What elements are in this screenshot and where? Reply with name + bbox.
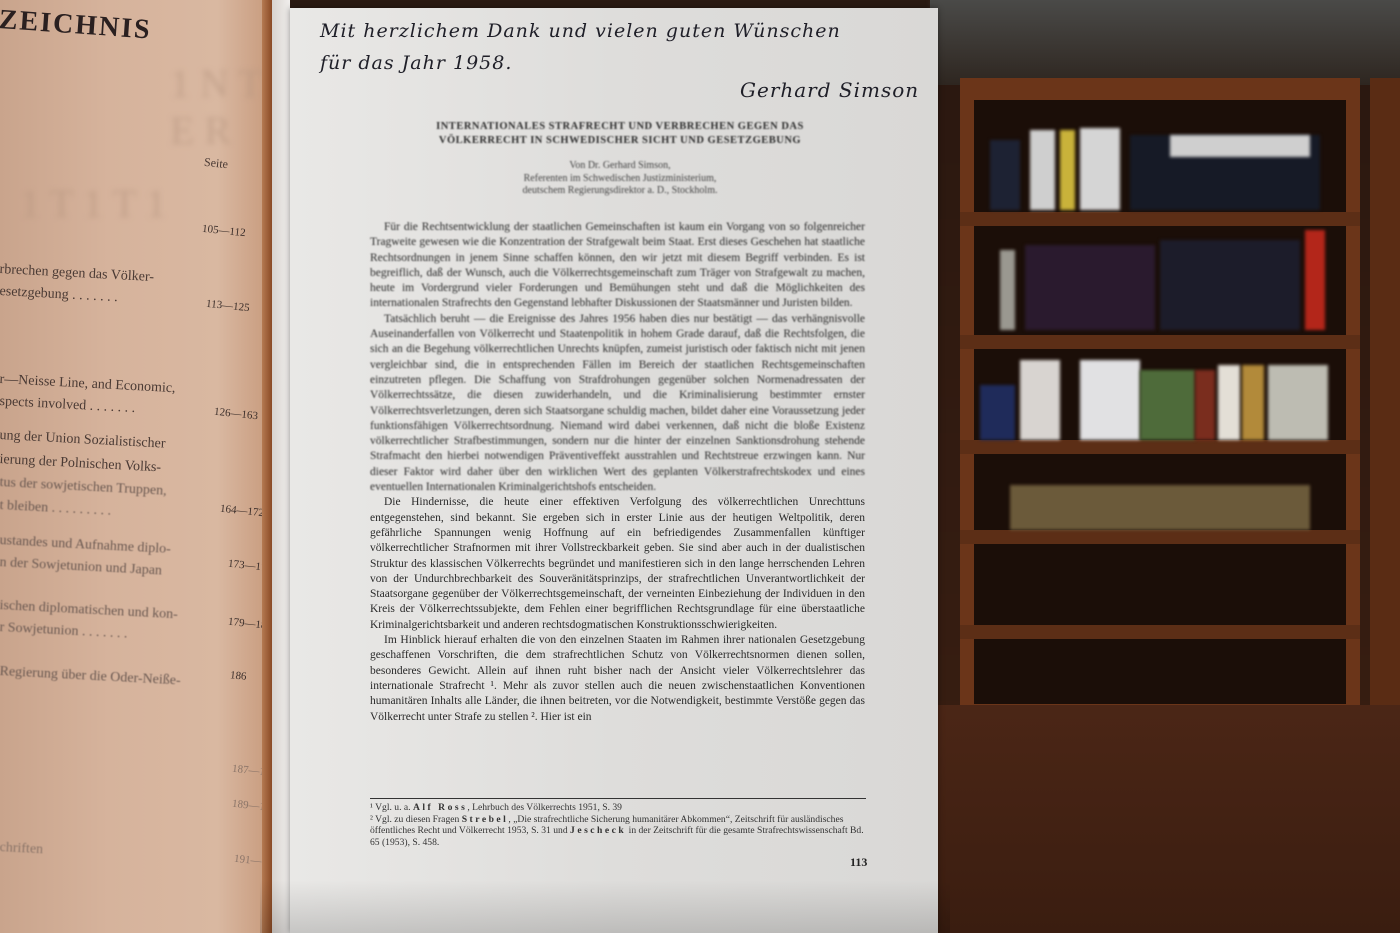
left-page-toc: 1 N T E R 1 T 1 T 1 ZEICHNIS Seite 105—1… xyxy=(0,0,272,933)
byline-line: Von Dr. Gerhard Simson, xyxy=(440,160,800,173)
handwritten-signature: Gerhard Simson xyxy=(740,78,919,102)
paragraph: Die Hindernisse, die heute einer effekti… xyxy=(370,495,865,633)
title-line-1: INTERNATIONALES STRAFRECHT UND VERBRECHE… xyxy=(400,120,840,134)
book xyxy=(1140,370,1195,440)
book xyxy=(1010,485,1310,530)
toc-page-range: 126—163 xyxy=(213,406,258,423)
toc-entry-line: ischen diplomatischen und kon- xyxy=(0,598,178,623)
book xyxy=(1030,130,1055,210)
toc-entry-line: chriften xyxy=(0,840,43,858)
toc-entry-line: r Sowjetunion . . . . . . . xyxy=(0,620,128,643)
book xyxy=(1268,365,1328,440)
footnote-text: , Lehrbuch des Völkerrechts 1951, S. 39 xyxy=(467,802,622,813)
toc-entry-line: r—Neisse Line, and Economic, xyxy=(0,372,176,397)
toc-entry-line: spects involved . . . . . . . xyxy=(0,394,136,417)
toc-heading: ZEICHNIS xyxy=(0,4,153,47)
ceiling xyxy=(930,0,1400,85)
book xyxy=(1160,240,1300,330)
shelf-board xyxy=(960,440,1360,454)
toc-entry-line: n der Sowjetunion und Japan xyxy=(0,555,162,579)
toc-entry-line: ung der Union Sozialistischer xyxy=(0,428,166,453)
shelf-board xyxy=(960,625,1360,639)
shelf-board xyxy=(960,212,1360,226)
book xyxy=(1080,360,1140,440)
book xyxy=(1025,245,1155,330)
footnote-author: Alf Ross xyxy=(413,802,467,813)
toc-page-range: 113—125 xyxy=(205,298,250,314)
toc-entry-line: ustandes und Aufnahme diplo- xyxy=(0,533,171,558)
bookcase-side xyxy=(1370,78,1400,728)
toc-entry-line: esetzgebung . . . . . . . xyxy=(0,284,118,306)
toc-page-range: 164—172 xyxy=(219,503,264,520)
footnote-author: Jescheck xyxy=(570,825,626,836)
book xyxy=(1218,365,1240,440)
toc-entry-line: tus der sowjetischen Truppen, xyxy=(0,475,167,500)
author-byline: Von Dr. Gerhard Simson, Referenten im Sc… xyxy=(440,160,800,198)
footnotes: ¹ Vgl. u. a. Alf Ross, Lehrbuch des Völk… xyxy=(370,802,870,848)
page-gutter xyxy=(272,0,290,933)
shelf-board xyxy=(960,335,1360,349)
page-number: 113 xyxy=(850,855,867,870)
handwritten-inscription-line2: für das Jahr 1958. xyxy=(320,52,512,74)
seite-label: Seite xyxy=(203,155,228,172)
footnote-rule xyxy=(370,798,866,799)
handwritten-inscription-line1: Mit herzlichem Dank und vielen guten Wün… xyxy=(320,20,841,42)
footnote-1: ¹ Vgl. u. a. Alf Ross, Lehrbuch des Völk… xyxy=(370,802,870,814)
left-page-edge xyxy=(262,0,272,933)
paragraph: Im Hinblick hierauf erhalten die von den… xyxy=(370,633,865,725)
footnote-author: Strebel xyxy=(462,814,509,825)
paragraph: Tatsächlich beruht — die Ereignisse des … xyxy=(370,312,865,496)
book xyxy=(1195,370,1215,440)
byline-line: deutschem Regierungsdirektor a. D., Stoc… xyxy=(440,185,800,198)
shelf-board xyxy=(960,530,1360,544)
book xyxy=(1060,130,1075,210)
footnote-2: ² Vgl. zu diesen Fragen Strebel, „Die st… xyxy=(370,814,870,849)
article-body: Für die Rechtsentwicklung der staatliche… xyxy=(370,220,865,725)
toc-entry-line: rbrechen gegen das Völker- xyxy=(0,262,154,286)
book xyxy=(1000,250,1015,330)
toc-entry-line: t bleiben . . . . . . . . . xyxy=(0,498,111,520)
toc-entry-line: Regierung über die Oder-Neiße- xyxy=(0,664,181,689)
book xyxy=(1020,360,1060,440)
book xyxy=(1305,230,1325,330)
toc-page-range: 186 xyxy=(229,669,247,683)
book xyxy=(980,385,1015,440)
right-page-article: Mit herzlichem Dank und vielen guten Wün… xyxy=(290,8,938,933)
footnote-text: ² Vgl. zu diesen Fragen xyxy=(370,814,462,825)
byline-line: Referenten im Schwedischen Justizministe… xyxy=(440,173,800,186)
book xyxy=(1170,135,1310,157)
page-shadow xyxy=(260,880,950,933)
book xyxy=(1242,365,1264,440)
book xyxy=(1080,128,1120,210)
title-line-2: VÖLKERRECHT IN SCHWEDISCHER SICHT UND GE… xyxy=(400,134,840,148)
toc-entry-line: ierung der Polnischen Volks- xyxy=(0,452,161,476)
toc-page-range: 105—112 xyxy=(201,223,246,239)
footnote-text: ¹ Vgl. u. a. xyxy=(370,802,413,813)
article-title: INTERNATIONALES STRAFRECHT UND VERBRECHE… xyxy=(400,120,840,148)
paragraph: Für die Rechtsentwicklung der staatliche… xyxy=(370,220,865,312)
book xyxy=(990,140,1020,210)
desk-surface xyxy=(930,705,1400,933)
